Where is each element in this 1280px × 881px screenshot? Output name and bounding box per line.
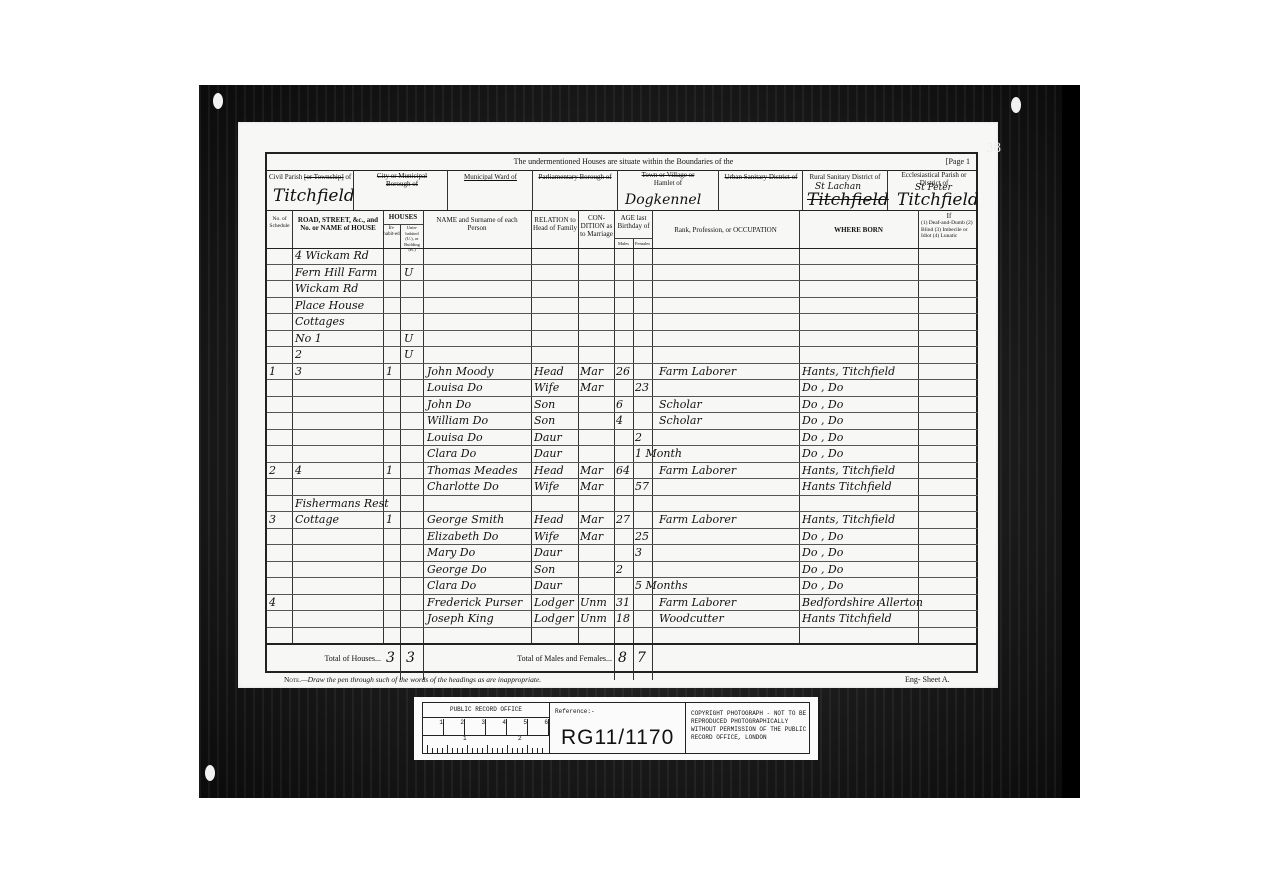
- cell-where-born: Do , Do: [802, 398, 918, 411]
- col-inhabited: In-habit-ed: [383, 226, 400, 238]
- cell-where-born: Hants Titchfield: [802, 612, 918, 625]
- cell-name: Thomas Meades: [427, 464, 531, 477]
- scale-mark: 4: [486, 719, 507, 735]
- cell-where-born: Do , Do: [802, 381, 918, 394]
- cell-female-age: 3: [635, 546, 652, 559]
- cell-female-age: 2: [635, 431, 652, 444]
- cell-condition: Mar: [580, 381, 614, 394]
- cell-where-born: Do , Do: [802, 563, 918, 576]
- cell-occupation: Farm Laborer: [659, 365, 799, 378]
- cell-occupation: Farm Laborer: [659, 513, 799, 526]
- cell-condition: Mar: [580, 530, 614, 543]
- footer-note: Note.—Draw the pen through such of the w…: [284, 675, 541, 684]
- cell-relation: Daur: [534, 447, 578, 460]
- scale-tick: [507, 745, 508, 753]
- cell-occupation: Scholar: [659, 414, 799, 427]
- scale-tick: [432, 748, 433, 753]
- total-houses-label: Total of Houses...: [317, 654, 381, 663]
- cell-relation: Son: [534, 414, 578, 427]
- table-row: 3Cottage1George SmithHeadMar27Farm Labor…: [267, 512, 978, 529]
- hamlet-value: Dogkennel: [625, 192, 701, 208]
- table-row: Fishermans Rest: [267, 496, 978, 513]
- col-schedule: No. of Schedule: [267, 216, 292, 230]
- col-where-born: WHERE BORN: [799, 226, 918, 234]
- cell-uninhabited: U: [404, 266, 422, 279]
- scale-mark: 5: [507, 719, 528, 735]
- cell-female-age: 25: [635, 530, 652, 543]
- cell-name: Charlotte Do: [427, 480, 531, 493]
- cell-relation: Daur: [534, 579, 578, 592]
- total-inhabited: 3: [386, 650, 395, 666]
- scale-tick: [472, 748, 473, 753]
- cell-name: Mary Do: [427, 546, 531, 559]
- cell-inhabited: 1: [386, 365, 400, 378]
- cell-male-age: 2: [616, 563, 633, 576]
- cell-relation: Lodger: [534, 612, 578, 625]
- cell-name: Clara Do: [427, 447, 531, 460]
- total-females: 7: [637, 650, 646, 666]
- scale-label: 1: [463, 735, 467, 743]
- scale-label: 2: [518, 735, 522, 743]
- civil-parish-value: Titchfield: [273, 186, 355, 206]
- table-row: Mary DoDaur3Do , Do: [267, 545, 978, 562]
- cell-occupation: Farm Laborer: [659, 596, 799, 609]
- copyright-notice: COPYRIGHT PHOTOGRAPH - NOT TO BE REPRODU…: [691, 710, 807, 742]
- cell-occupation: Scholar: [659, 398, 799, 411]
- census-form: The undermentioned Houses are situate wi…: [265, 152, 978, 673]
- scale-tick: [512, 748, 513, 753]
- table-row: Fern Hill FarmU: [267, 265, 978, 282]
- cell-male-age: 64: [616, 464, 633, 477]
- col-houses: HOUSES: [383, 213, 423, 221]
- public-record-office-label: PUBLIC RECORD OFFICE 123456 12 Reference…: [414, 697, 818, 760]
- cell-uninhabited: U: [404, 332, 422, 345]
- col-occupation: Rank, Profession, or OCCUPATION: [652, 226, 799, 234]
- cell-where-born: Do , Do: [802, 546, 918, 559]
- cell-relation: Head: [534, 365, 578, 378]
- cell-uninhabited: U: [404, 348, 422, 361]
- cell-inhabited: 1: [386, 464, 400, 477]
- scale-tick: [442, 748, 443, 753]
- rural-sanitary-district-value: Titchfield: [807, 190, 889, 210]
- cell-name: Elizabeth Do: [427, 530, 531, 543]
- boundaries-title: The undermentioned Houses are situate wi…: [267, 157, 980, 166]
- table-row: Clara DoDaur1 MonthDo , Do: [267, 446, 978, 463]
- cell-schedule: 1: [269, 365, 291, 378]
- sheet-label: Eng- Sheet A.: [905, 675, 950, 684]
- ecclesiastical-parish-value: Titchfield: [897, 190, 979, 210]
- punch-hole: [213, 93, 223, 109]
- cell-relation: Wife: [534, 480, 578, 493]
- film-edge: [1062, 85, 1080, 798]
- cell-name: Frederick Purser: [427, 596, 531, 609]
- cell-where-born: Do , Do: [802, 530, 918, 543]
- table-row: William DoSon4ScholarDo , Do: [267, 413, 978, 430]
- cell-condition: Mar: [580, 464, 614, 477]
- col-infirmity: (1) Deaf-and-Dumb (2) Blind (3) Imbecile…: [921, 220, 979, 240]
- civil-parish-label: Civil Parish [or Township] of: [269, 173, 353, 181]
- scale-tick: [447, 745, 448, 753]
- cell-road: Place House: [295, 299, 383, 312]
- table-row: Cottages: [267, 314, 978, 331]
- cell-road: No 1: [295, 332, 383, 345]
- table-row: Clara DoDaur5 MonthsDo , Do: [267, 578, 978, 595]
- col-males: Males: [614, 240, 633, 248]
- cell-name: George Do: [427, 563, 531, 576]
- scale-tick: [427, 745, 428, 753]
- col-road: ROAD, STREET, &c., and No. or NAME of HO…: [294, 216, 382, 232]
- cell-female-age: 23: [635, 381, 652, 394]
- scale-mark: 1: [423, 719, 444, 735]
- scale-tick: [537, 748, 538, 753]
- reference-label: Reference:-: [555, 708, 595, 716]
- cell-male-age: 26: [616, 365, 633, 378]
- cell-relation: Son: [534, 563, 578, 576]
- cell-relation: Daur: [534, 431, 578, 444]
- table-row: Elizabeth DoWifeMar25Do , Do: [267, 529, 978, 546]
- table-row: 4 Wickam Rd: [267, 248, 978, 265]
- cell-condition: Unm: [580, 612, 614, 625]
- scale-tick: [477, 748, 478, 753]
- table-row: Wickam Rd: [267, 281, 978, 298]
- cell-male-age: 18: [616, 612, 633, 625]
- folio-number: 38: [986, 140, 1001, 157]
- scale-tick: [467, 745, 468, 753]
- cell-road: Cottages: [295, 315, 383, 328]
- table-row: George DoSon2Do , Do: [267, 562, 978, 579]
- col-infirmity-if: If: [919, 212, 979, 220]
- cell-where-born: Hants, Titchfield: [802, 464, 918, 477]
- punch-hole: [1011, 97, 1021, 113]
- cell-road: 2: [295, 348, 383, 361]
- table-row: Joseph KingLodgerUnm18WoodcutterHants Ti…: [267, 611, 978, 628]
- cell-condition: Mar: [580, 480, 614, 493]
- scale-mark: 3: [465, 719, 486, 735]
- cell-where-born: Do , Do: [802, 431, 918, 444]
- col-name: NAME and Surname of each Person: [427, 216, 527, 232]
- scale-tick: [532, 748, 533, 753]
- total-males: 8: [618, 650, 627, 666]
- cell-name: Louisa Do: [427, 431, 531, 444]
- col-females: Females: [633, 240, 652, 248]
- cell-female-age: 1 Month: [635, 447, 652, 460]
- scale-mark: 2: [444, 719, 465, 735]
- cell-name: John Moody: [427, 365, 531, 378]
- table-row: Louisa DoDaur2Do , Do: [267, 430, 978, 447]
- cell-schedule: 3: [269, 513, 291, 526]
- cell-female-age: 5 Months: [635, 579, 652, 592]
- table-row: No 1U: [267, 331, 978, 348]
- cell-relation: Lodger: [534, 596, 578, 609]
- table-row: Place House: [267, 298, 978, 315]
- cell-male-age: 6: [616, 398, 633, 411]
- cell-inhabited: 1: [386, 513, 400, 526]
- cell-relation: Head: [534, 464, 578, 477]
- cell-relation: Daur: [534, 546, 578, 559]
- table-row: [267, 628, 978, 645]
- table-row: 131John MoodyHeadMar26Farm LaborerHants,…: [267, 364, 978, 381]
- cell-male-age: 31: [616, 596, 633, 609]
- cell-male-age: 27: [616, 513, 633, 526]
- cell-where-born: Hants, Titchfield: [802, 513, 918, 526]
- hamlet-label: Town or Village orHamlet of: [623, 171, 713, 187]
- cell-name: Clara Do: [427, 579, 531, 592]
- scale-tick: [487, 745, 488, 753]
- cell-road: 4: [295, 464, 383, 477]
- municipal-borough-label: City or Municipal Borough of: [367, 172, 437, 188]
- record-office-name: PUBLIC RECORD OFFICE: [423, 706, 549, 714]
- table-row: Charlotte DoWifeMar57Hants Titchfield: [267, 479, 978, 496]
- cell-where-born: Do , Do: [802, 414, 918, 427]
- cell-road: Cottage: [295, 513, 383, 526]
- rural-sanitary-district-label: Rural Sanitary District of: [805, 173, 885, 181]
- scale-mark: 6: [528, 719, 549, 735]
- scale-tick: [497, 748, 498, 753]
- cell-female-age: 57: [635, 480, 652, 493]
- cell-where-born: Hants Titchfield: [802, 480, 918, 493]
- cell-occupation: Farm Laborer: [659, 464, 799, 477]
- total-persons-label: Total of Males and Females...: [467, 654, 612, 663]
- col-age: AGE last Birthday of: [615, 214, 652, 230]
- scale-tick: [542, 748, 543, 753]
- table-row: John DoSon6ScholarDo , Do: [267, 397, 978, 414]
- cell-relation: Wife: [534, 381, 578, 394]
- cell-road: Fishermans Rest: [295, 497, 383, 510]
- col-relation: RELATION to Head of Family: [532, 216, 578, 232]
- cell-where-born: Do , Do: [802, 579, 918, 592]
- punch-hole: [205, 765, 215, 781]
- scale-tick: [502, 748, 503, 753]
- cell-condition: Mar: [580, 365, 614, 378]
- total-uninhabited: 3: [406, 650, 415, 666]
- cell-condition: Mar: [580, 513, 614, 526]
- scale-tick: [492, 748, 493, 753]
- cell-where-born: Do , Do: [802, 447, 918, 460]
- scale-bottom: 12: [423, 735, 549, 753]
- cell-name: George Smith: [427, 513, 531, 526]
- scale-top: 123456: [423, 717, 549, 735]
- scale-tick: [517, 748, 518, 753]
- cell-name: William Do: [427, 414, 531, 427]
- cell-schedule: 4: [269, 596, 291, 609]
- table-row: 4Frederick PurserLodgerUnm31Farm Laborer…: [267, 595, 978, 612]
- cell-road: 3: [295, 365, 383, 378]
- cell-occupation: Woodcutter: [659, 612, 799, 625]
- cell-relation: Wife: [534, 530, 578, 543]
- cell-male-age: 4: [616, 414, 633, 427]
- cell-where-born: Hants, Titchfield: [802, 365, 918, 378]
- parliamentary-borough-label: Parliamentary Borough of: [535, 173, 615, 181]
- scale-tick: [452, 748, 453, 753]
- scale-tick: [462, 748, 463, 753]
- cell-name: Louisa Do: [427, 381, 531, 394]
- col-condition: CON-DITION as to Marriage: [579, 214, 614, 238]
- cell-where-born: Bedfordshire Allerton: [802, 596, 918, 609]
- scale-tick: [437, 748, 438, 753]
- reference-number: RG11/1170: [561, 726, 674, 750]
- cell-relation: Head: [534, 513, 578, 526]
- scale-tick: [482, 748, 483, 753]
- table-row: 241Thomas MeadesHeadMar64Farm LaborerHan…: [267, 463, 978, 480]
- cell-road: Wickam Rd: [295, 282, 383, 295]
- cell-road: 4 Wickam Rd: [295, 249, 383, 262]
- cell-name: John Do: [427, 398, 531, 411]
- cell-relation: Son: [534, 398, 578, 411]
- scale-tick: [522, 748, 523, 753]
- cell-condition: Unm: [580, 596, 614, 609]
- scale-tick: [457, 748, 458, 753]
- cell-road: Fern Hill Farm: [295, 266, 383, 279]
- table-row: Louisa DoWifeMar23Do , Do: [267, 380, 978, 397]
- urban-sanitary-district-label: Urban Sanitary District of: [722, 173, 800, 181]
- cell-name: Joseph King: [427, 612, 531, 625]
- scale-tick: [527, 745, 528, 753]
- table-row: 2U: [267, 347, 978, 364]
- page-label: [Page 1: [946, 157, 970, 166]
- cell-schedule: 2: [269, 464, 291, 477]
- municipal-ward-label: Municipal Ward of: [453, 173, 528, 181]
